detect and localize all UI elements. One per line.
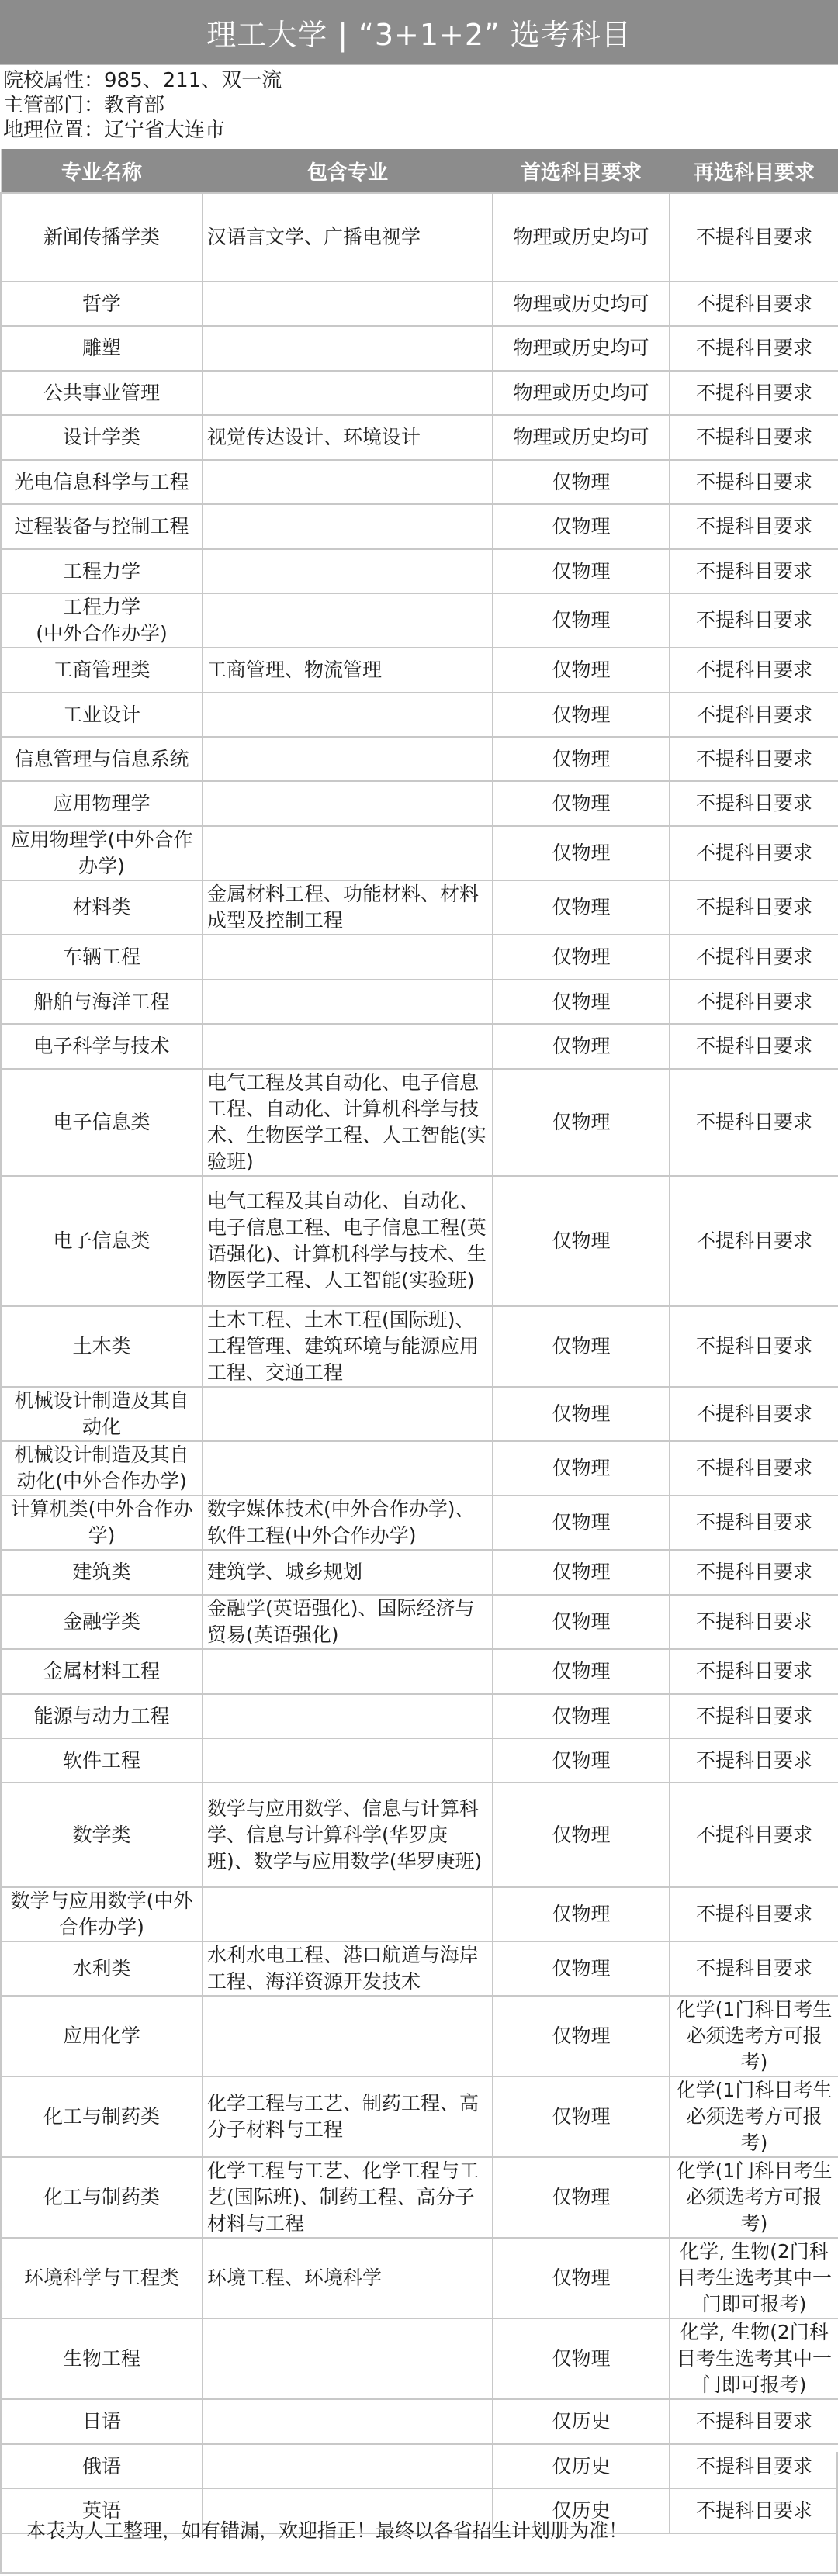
major-name-cell: 应用物理学	[1, 781, 203, 826]
includes-cell	[203, 737, 493, 781]
table-row: 电子科学与技术仅物理不提科目要求	[1, 1024, 838, 1069]
first-subject-cell: 仅历史	[493, 2399, 670, 2444]
table-row: 数学类数学与应用数学、信息与计算科学、信息与计算科学(华罗庚班)、数学与应用数学…	[1, 1782, 838, 1887]
second-subject-cell: 不提科目要求	[670, 1495, 838, 1550]
column-header-first-subject: 首选科目要求	[493, 149, 670, 193]
column-header-includes: 包含专业	[203, 149, 493, 193]
table-row: 工业设计仅物理不提科目要求	[1, 693, 838, 737]
major-name-cell: 软件工程	[1, 1738, 203, 1782]
second-subject-cell: 不提科目要求	[670, 549, 838, 593]
table-row: 新闻传播学类汉语言文学、广播电视学物理或历史均可不提科目要求	[1, 193, 838, 282]
major-name-cell: 工商管理类	[1, 648, 203, 693]
first-subject-cell: 仅物理	[493, 1441, 670, 1495]
includes-cell	[203, 371, 493, 415]
major-name-cell: 应用物理学(中外合作办学)	[1, 826, 203, 880]
column-header-second-subject: 再选科目要求	[670, 149, 838, 193]
major-name-cell: 哲学	[1, 282, 203, 326]
table-row: 化工与制药类化学工程与工艺、制药工程、高分子材料与工程仅物理化学(1门科目考生必…	[1, 2076, 838, 2157]
second-subject-cell: 化学(1门科目考生必须选考方可报考)	[670, 2157, 838, 2238]
column-header-major-name: 专业名称	[1, 149, 203, 193]
second-subject-cell: 不提科目要求	[670, 282, 838, 326]
table-row: 数学与应用数学(中外合作办学)仅物理不提科目要求	[1, 1887, 838, 1942]
second-subject-cell: 不提科目要求	[670, 1387, 838, 1441]
includes-cell	[203, 282, 493, 326]
major-name-cell: 电子信息类	[1, 1176, 203, 1306]
includes-cell	[203, 1441, 493, 1495]
second-subject-cell: 不提科目要求	[670, 1176, 838, 1306]
page-title: 理工大学 | “3+1+2” 选考科目	[206, 11, 632, 54]
includes-cell	[203, 549, 493, 593]
major-name-cell: 设计学类	[1, 415, 203, 460]
second-subject-cell: 不提科目要求	[670, 1942, 838, 1996]
major-name-cell: 土木类	[1, 1306, 203, 1387]
includes-cell: 建筑学、城乡规划	[203, 1550, 493, 1595]
major-name-cell: 化工与制药类	[1, 2157, 203, 2238]
first-subject-cell: 仅物理	[493, 1550, 670, 1595]
second-subject-cell: 不提科目要求	[670, 737, 838, 781]
second-subject-cell: 不提科目要求	[670, 593, 838, 648]
includes-cell	[203, 2399, 493, 2444]
second-subject-cell: 不提科目要求	[670, 980, 838, 1024]
second-subject-cell: 化学, 生物(2门科目考生选考其中一门即可报考)	[670, 2318, 838, 2399]
includes-cell: 金属材料工程、功能材料、材料成型及控制工程	[203, 880, 493, 935]
first-subject-cell: 物理或历史均可	[493, 326, 670, 371]
includes-cell	[203, 781, 493, 826]
includes-cell: 工商管理、物流管理	[203, 648, 493, 693]
major-requirements-table: 专业名称 包含专业 首选科目要求 再选科目要求 新闻传播学类汉语言文学、广播电视…	[0, 149, 838, 2534]
major-name-cell: 公共事业管理	[1, 371, 203, 415]
major-name-cell: 新闻传播学类	[1, 193, 203, 282]
second-subject-cell: 不提科目要求	[670, 2399, 838, 2444]
first-subject-cell: 仅物理	[493, 1649, 670, 1694]
table-row: 应用物理学(中外合作办学)仅物理不提科目要求	[1, 826, 838, 880]
second-subject-cell: 不提科目要求	[670, 1649, 838, 1694]
includes-cell	[203, 2318, 493, 2399]
table-row: 生物工程仅物理化学, 生物(2门科目考生选考其中一门即可报考)	[1, 2318, 838, 2399]
table-row: 水利类水利水电工程、港口航道与海岸工程、海洋资源开发技术仅物理不提科目要求	[1, 1942, 838, 1996]
second-subject-cell: 不提科目要求	[670, 371, 838, 415]
major-name-cell: 电子信息类	[1, 1069, 203, 1176]
first-subject-cell: 仅物理	[493, 1782, 670, 1887]
first-subject-cell: 物理或历史均可	[493, 193, 670, 282]
first-subject-cell: 仅物理	[493, 1069, 670, 1176]
table-row: 金融学类金融学(英语强化)、国际经济与贸易(英语强化)仅物理不提科目要求	[1, 1595, 838, 1649]
includes-cell	[203, 460, 493, 504]
table-row: 应用化学仅物理化学(1门科目考生必须选考方可报考)	[1, 1996, 838, 2076]
includes-cell	[203, 504, 493, 549]
major-name-cell: 化工与制药类	[1, 2076, 203, 2157]
major-name-cell: 车辆工程	[1, 935, 203, 980]
major-name-cell: 机械设计制造及其自动化(中外合作办学)	[1, 1441, 203, 1495]
first-subject-cell: 仅物理	[493, 2238, 670, 2318]
table-row: 建筑类建筑学、城乡规划仅物理不提科目要求	[1, 1550, 838, 1595]
first-subject-cell: 仅物理	[493, 593, 670, 648]
major-name-cell: 材料类	[1, 880, 203, 935]
second-subject-cell: 不提科目要求	[670, 1595, 838, 1649]
major-name-cell: 工程力学	[1, 549, 203, 593]
first-subject-cell: 仅物理	[493, 1306, 670, 1387]
table-row: 船舶与海洋工程仅物理不提科目要求	[1, 980, 838, 1024]
first-subject-cell: 仅物理	[493, 693, 670, 737]
major-name-cell: 工业设计	[1, 693, 203, 737]
first-subject-cell: 仅物理	[493, 2076, 670, 2157]
table-row: 过程装备与控制工程仅物理不提科目要求	[1, 504, 838, 549]
major-name-cell: 能源与动力工程	[1, 1694, 203, 1738]
second-subject-cell: 不提科目要求	[670, 1024, 838, 1069]
first-subject-cell: 物理或历史均可	[493, 371, 670, 415]
includes-cell	[203, 1024, 493, 1069]
major-name-cell: 数学类	[1, 1782, 203, 1887]
first-subject-cell: 仅物理	[493, 504, 670, 549]
first-subject-cell: 仅物理	[493, 1694, 670, 1738]
first-subject-cell: 物理或历史均可	[493, 282, 670, 326]
footer: 本表为人工整理，如有错漏，欢迎指正！最终以各省招生计划册为准！	[0, 2452, 838, 2574]
major-name-cell: 应用化学	[1, 1996, 203, 2076]
table-row: 能源与动力工程仅物理不提科目要求	[1, 1694, 838, 1738]
second-subject-cell: 不提科目要求	[670, 504, 838, 549]
second-subject-cell: 不提科目要求	[670, 826, 838, 880]
second-subject-cell: 不提科目要求	[670, 193, 838, 282]
school-department: 主管部门：教育部	[3, 93, 282, 118]
table-row: 日语仅历史不提科目要求	[1, 2399, 838, 2444]
first-subject-cell: 仅物理	[493, 980, 670, 1024]
table-row: 哲学物理或历史均可不提科目要求	[1, 282, 838, 326]
school-location: 地理位置：辽宁省大连市	[3, 118, 282, 143]
first-subject-cell: 仅物理	[493, 1176, 670, 1306]
second-subject-cell: 不提科目要求	[670, 781, 838, 826]
first-subject-cell: 仅物理	[493, 2157, 670, 2238]
second-subject-cell: 不提科目要求	[670, 1738, 838, 1782]
second-subject-cell: 不提科目要求	[670, 1887, 838, 1942]
includes-cell: 电气工程及其自动化、电子信息工程、自动化、计算机科学与技术、生物医学工程、人工智…	[203, 1069, 493, 1176]
major-name-cell: 过程装备与控制工程	[1, 504, 203, 549]
first-subject-cell: 仅物理	[493, 781, 670, 826]
table-row: 应用物理学仅物理不提科目要求	[1, 781, 838, 826]
second-subject-cell: 不提科目要求	[670, 326, 838, 371]
includes-cell: 水利水电工程、港口航道与海岸工程、海洋资源开发技术	[203, 1942, 493, 1996]
table-row: 设计学类视觉传达设计、环境设计物理或历史均可不提科目要求	[1, 415, 838, 460]
includes-cell	[203, 935, 493, 980]
first-subject-cell: 仅物理	[493, 460, 670, 504]
includes-cell: 电气工程及其自动化、自动化、电子信息工程、电子信息工程(英语强化)、计算机科学与…	[203, 1176, 493, 1306]
major-name-cell: 光电信息科学与工程	[1, 460, 203, 504]
includes-cell: 化学工程与工艺、化学工程与工艺(国际班)、制药工程、高分子材料与工程	[203, 2157, 493, 2238]
table-row: 工商管理类工商管理、物流管理仅物理不提科目要求	[1, 648, 838, 693]
includes-cell	[203, 1387, 493, 1441]
first-subject-cell: 仅物理	[493, 737, 670, 781]
major-name-cell: 金融学类	[1, 1595, 203, 1649]
first-subject-cell: 仅物理	[493, 1887, 670, 1942]
table-row: 电子信息类电气工程及其自动化、自动化、电子信息工程、电子信息工程(英语强化)、计…	[1, 1176, 838, 1306]
first-subject-cell: 仅物理	[493, 1024, 670, 1069]
table-row: 工程力学仅物理不提科目要求	[1, 549, 838, 593]
includes-cell	[203, 693, 493, 737]
second-subject-cell: 化学(1门科目考生必须选考方可报考)	[670, 2076, 838, 2157]
major-name-cell: 水利类	[1, 1942, 203, 1996]
table-row: 土木类土木工程、土木工程(国际班)、工程管理、建筑环境与能源应用工程、交通工程仅…	[1, 1306, 838, 1387]
table-row: 环境科学与工程类环境工程、环境科学仅物理化学, 生物(2门科目考生选考其中一门即…	[1, 2238, 838, 2318]
second-subject-cell: 不提科目要求	[670, 1306, 838, 1387]
first-subject-cell: 仅物理	[493, 1595, 670, 1649]
table-row: 计算机类(中外合作办学)数字媒体技术(中外合作办学)、软件工程(中外合作办学)仅…	[1, 1495, 838, 1550]
includes-cell	[203, 1887, 493, 1942]
second-subject-cell: 不提科目要求	[670, 460, 838, 504]
second-subject-cell: 不提科目要求	[670, 693, 838, 737]
table-row: 机械设计制造及其自动化仅物理不提科目要求	[1, 1387, 838, 1441]
first-subject-cell: 仅物理	[493, 935, 670, 980]
includes-cell	[203, 1996, 493, 2076]
major-name-cell: 生物工程	[1, 2318, 203, 2399]
title-bar: 理工大学 | “3+1+2” 选考科目	[0, 0, 838, 65]
major-name-cell: 信息管理与信息系统	[1, 737, 203, 781]
includes-cell: 视觉传达设计、环境设计	[203, 415, 493, 460]
table-row: 材料类金属材料工程、功能材料、材料成型及控制工程仅物理不提科目要求	[1, 880, 838, 935]
first-subject-cell: 物理或历史均可	[493, 415, 670, 460]
includes-cell	[203, 1694, 493, 1738]
school-info: 院校属性：985、211、双一流 主管部门：教育部 地理位置：辽宁省大连市	[3, 68, 282, 143]
second-subject-cell: 不提科目要求	[670, 935, 838, 980]
second-subject-cell: 不提科目要求	[670, 415, 838, 460]
includes-cell	[203, 1738, 493, 1782]
major-name-cell: 雕塑	[1, 326, 203, 371]
first-subject-cell: 仅物理	[493, 1996, 670, 2076]
table-row: 机械设计制造及其自动化(中外合作办学)仅物理不提科目要求	[1, 1441, 838, 1495]
includes-cell: 汉语言文学、广播电视学	[203, 193, 493, 282]
first-subject-cell: 仅物理	[493, 549, 670, 593]
major-name-cell: 环境科学与工程类	[1, 2238, 203, 2318]
school-attributes: 院校属性：985、211、双一流	[3, 68, 282, 93]
major-name-cell: 机械设计制造及其自动化	[1, 1387, 203, 1441]
major-name-cell: 数学与应用数学(中外合作办学)	[1, 1887, 203, 1942]
table-row: 金属材料工程仅物理不提科目要求	[1, 1649, 838, 1694]
table-row: 软件工程仅物理不提科目要求	[1, 1738, 838, 1782]
includes-cell	[203, 326, 493, 371]
major-name-cell: 建筑类	[1, 1550, 203, 1595]
table-body: 新闻传播学类汉语言文学、广播电视学物理或历史均可不提科目要求哲学物理或历史均可不…	[1, 193, 838, 2533]
major-name-cell: 船舶与海洋工程	[1, 980, 203, 1024]
includes-cell: 环境工程、环境科学	[203, 2238, 493, 2318]
first-subject-cell: 仅物理	[493, 648, 670, 693]
includes-cell: 数字媒体技术(中外合作办学)、软件工程(中外合作办学)	[203, 1495, 493, 1550]
table-row: 雕塑物理或历史均可不提科目要求	[1, 326, 838, 371]
table-row: 化工与制药类化学工程与工艺、化学工程与工艺(国际班)、制药工程、高分子材料与工程…	[1, 2157, 838, 2238]
includes-cell: 化学工程与工艺、制药工程、高分子材料与工程	[203, 2076, 493, 2157]
first-subject-cell: 仅物理	[493, 2318, 670, 2399]
includes-cell: 金融学(英语强化)、国际经济与贸易(英语强化)	[203, 1595, 493, 1649]
includes-cell	[203, 593, 493, 648]
second-subject-cell: 不提科目要求	[670, 1441, 838, 1495]
includes-cell: 数学与应用数学、信息与计算科学、信息与计算科学(华罗庚班)、数学与应用数学(华罗…	[203, 1782, 493, 1887]
first-subject-cell: 仅物理	[493, 1495, 670, 1550]
footer-note: 本表为人工整理，如有错漏，欢迎指正！最终以各省招生计划册为准！	[26, 2515, 628, 2543]
includes-cell	[203, 980, 493, 1024]
first-subject-cell: 仅物理	[493, 826, 670, 880]
major-name-cell: 日语	[1, 2399, 203, 2444]
table-row: 工程力学 (中外合作办学)仅物理不提科目要求	[1, 593, 838, 648]
second-subject-cell: 不提科目要求	[670, 1550, 838, 1595]
second-subject-cell: 不提科目要求	[670, 880, 838, 935]
major-name-cell: 工程力学 (中外合作办学)	[1, 593, 203, 648]
first-subject-cell: 仅物理	[493, 880, 670, 935]
first-subject-cell: 仅物理	[493, 1738, 670, 1782]
includes-cell: 土木工程、土木工程(国际班)、工程管理、建筑环境与能源应用工程、交通工程	[203, 1306, 493, 1387]
second-subject-cell: 化学, 生物(2门科目考生选考其中一门即可报考)	[670, 2238, 838, 2318]
second-subject-cell: 不提科目要求	[670, 1694, 838, 1738]
first-subject-cell: 仅物理	[493, 1387, 670, 1441]
table-row: 公共事业管理物理或历史均可不提科目要求	[1, 371, 838, 415]
second-subject-cell: 不提科目要求	[670, 1782, 838, 1887]
table-row: 车辆工程仅物理不提科目要求	[1, 935, 838, 980]
first-subject-cell: 仅物理	[493, 1942, 670, 1996]
table-row: 信息管理与信息系统仅物理不提科目要求	[1, 737, 838, 781]
second-subject-cell: 化学(1门科目考生必须选考方可报考)	[670, 1996, 838, 2076]
second-subject-cell: 不提科目要求	[670, 1069, 838, 1176]
major-name-cell: 电子科学与技术	[1, 1024, 203, 1069]
table-row: 电子信息类电气工程及其自动化、电子信息工程、自动化、计算机科学与技术、生物医学工…	[1, 1069, 838, 1176]
table-row: 光电信息科学与工程仅物理不提科目要求	[1, 460, 838, 504]
major-name-cell: 金属材料工程	[1, 1649, 203, 1694]
includes-cell	[203, 1649, 493, 1694]
includes-cell	[203, 826, 493, 880]
major-name-cell: 计算机类(中外合作办学)	[1, 1495, 203, 1550]
second-subject-cell: 不提科目要求	[670, 648, 838, 693]
table-header-row: 专业名称 包含专业 首选科目要求 再选科目要求	[1, 149, 838, 193]
